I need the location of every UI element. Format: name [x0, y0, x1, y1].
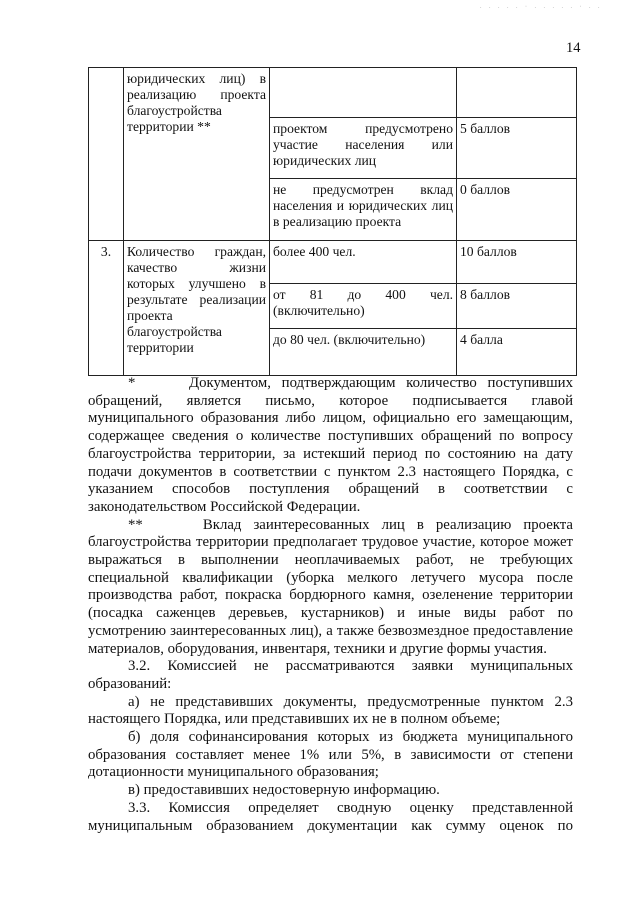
table-row: юридических лиц) в реализацию проекта бл…	[89, 68, 577, 118]
section-3-2: 3.2. Комиссией не рассматриваются заявки…	[88, 658, 573, 693]
criteria-table: юридических лиц) в реализацию проекта бл…	[88, 67, 577, 376]
score-cell: 4 балла	[457, 329, 577, 376]
footnote-2: ** Вклад заинтересованных лиц в реализац…	[88, 517, 573, 659]
section-3-3: 3.3. Комиссия определяет сводную оценку …	[88, 800, 573, 835]
score-cell: 0 баллов	[457, 179, 577, 241]
section-3-2-c: в) предоставивших недостоверную информац…	[88, 782, 573, 800]
condition-cell	[270, 68, 457, 118]
section-3-2-a: а) не представивших документы, предусмот…	[88, 694, 573, 729]
score-cell: 5 баллов	[457, 118, 577, 179]
criterion-cell: Количество граждан, качество жизни котор…	[124, 241, 270, 376]
criterion-cell: юридических лиц) в реализацию проекта бл…	[124, 68, 270, 241]
row-number: 3.	[89, 241, 124, 376]
page-number: 14	[566, 40, 581, 57]
body-text: * Документом, подтверждающим количество …	[88, 375, 573, 835]
condition-cell: более 400 чел.	[270, 241, 457, 284]
table-row: 3. Количество граждан, качество жизни ко…	[89, 241, 577, 284]
score-cell: 8 баллов	[457, 284, 577, 329]
row-number	[89, 68, 124, 241]
condition-cell: от 81 до 400 чел. (включительно)	[270, 284, 457, 329]
scan-artifact: . . . . . · . . . . . · . .	[480, 4, 603, 10]
condition-cell: не предусмотрен вклад населения и юридич…	[270, 179, 457, 241]
footnote-1: * Документом, подтверждающим количество …	[88, 375, 573, 517]
score-cell: 10 баллов	[457, 241, 577, 284]
condition-cell: проектом предусмотрено участие населения…	[270, 118, 457, 179]
condition-cell: до 80 чел. (включительно)	[270, 329, 457, 376]
section-3-2-b: б) доля софинансирования которых из бюдж…	[88, 729, 573, 782]
score-cell	[457, 68, 577, 118]
